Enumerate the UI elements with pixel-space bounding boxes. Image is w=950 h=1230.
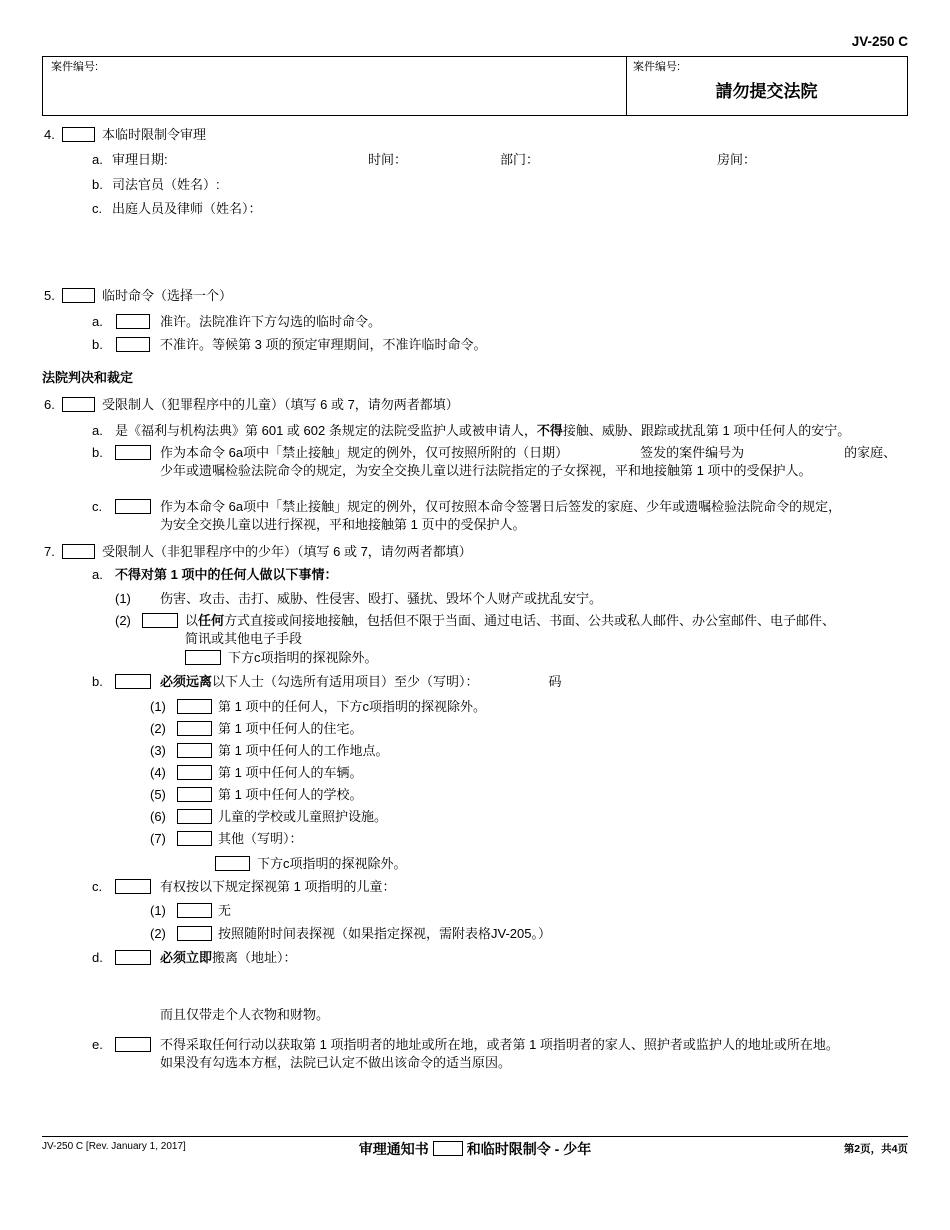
- item7a-letter: a.: [92, 567, 103, 583]
- item7a-title: 不得对第 1 项中的任何人做以下事情：: [115, 567, 337, 583]
- hearing-time-label: 时间：: [368, 152, 407, 168]
- item4a-letter: a.: [92, 152, 103, 168]
- case-number-box: 案件编号: 案件编号: 請勿提交法院: [42, 56, 908, 116]
- item7b-exception-checkbox[interactable]: [215, 856, 250, 871]
- item5a-text: 准许。法院准许下方勾选的临时命令。: [160, 314, 381, 330]
- item5-checkbox[interactable]: [62, 288, 95, 303]
- item7b2-checkbox[interactable]: [177, 721, 212, 736]
- item4b-letter: b.: [92, 177, 103, 193]
- item7b-exception-text: 下方c项指明的探视除外。: [257, 856, 407, 872]
- item7a2-number: (2): [115, 613, 131, 629]
- item6b-letter: b.: [92, 445, 103, 461]
- case-number-label-right: 案件编号:: [633, 61, 680, 74]
- item5-number: 5.: [44, 288, 55, 304]
- item7a2-bold: 任何: [198, 613, 224, 628]
- item6b-pre: 作为本命令 6a项中「禁止接触」规定的例外，仅可按照所附的（日期）: [160, 445, 568, 460]
- hearing-dept-label: 部门：: [500, 152, 539, 168]
- item6a-post: 接触、威胁、跟踪或扰乱第 1 项中任何人的安宁。: [563, 423, 850, 438]
- item7e-line1: 不得采取任何行动以获取第 1 项指明者的地址或所在地，或者第 1 项指明者的家人…: [160, 1037, 839, 1053]
- do-not-file-notice: 請勿提交法院: [626, 77, 907, 102]
- footer-rule: [42, 1136, 908, 1137]
- item7a2-post: 方式直接或间接地接触，包括但不限于当面、通过电话、书面、公共或私人邮件、办公室邮…: [224, 613, 835, 628]
- item7a2-exception-text: 下方c项指明的探视除外。: [228, 650, 378, 666]
- item6-checkbox[interactable]: [62, 397, 95, 412]
- item7b4-number: (4): [150, 765, 166, 781]
- footer-title-checkbox[interactable]: [433, 1141, 463, 1156]
- judgment-heading: 法院判决和裁定: [42, 370, 133, 386]
- item7a2-pre: 以: [185, 613, 198, 628]
- item7a2-line1: 以任何方式直接或间接地接触，包括但不限于当面、通过电话、书面、公共或私人邮件、办…: [185, 613, 835, 629]
- item7b4-text: 第 1 项中任何人的车辆。: [218, 765, 362, 781]
- item7a2-checkbox[interactable]: [142, 613, 178, 628]
- hearing-date-label: 审理日期:: [112, 152, 168, 168]
- item6a-text: 是《福利与机构法典》第 601 或 602 条规定的法院受监护人或被申请人，不得…: [115, 423, 850, 439]
- footer-title-post: 和临时限制令 - 少年: [467, 1141, 591, 1157]
- item7d-post: 搬离（地址）：: [212, 950, 297, 965]
- item7c2-number: (2): [150, 926, 166, 942]
- item7c1-checkbox[interactable]: [177, 903, 212, 918]
- hearing-room-label: 房间：: [717, 152, 756, 168]
- item6c-line1: 作为本命令 6a项中「禁止接触」规定的例外，仅可按照本命令签署日后签发的家庭、少…: [160, 499, 841, 515]
- form-page: JV-250 C 案件编号: 案件编号: 請勿提交法院 4. 本临时限制令审理 …: [0, 0, 950, 1230]
- form-number-text: JV-250 C: [708, 34, 908, 49]
- item7b6-checkbox[interactable]: [177, 809, 212, 824]
- item7c2-checkbox[interactable]: [177, 926, 212, 941]
- item5-title: 临时命令（选择一个）: [102, 288, 232, 304]
- item7a1-number: (1): [115, 591, 131, 607]
- item7b-bold: 必须远离: [160, 674, 212, 689]
- item7c1-text: 无: [218, 903, 231, 919]
- item7d-checkbox[interactable]: [115, 950, 151, 965]
- item7a2-line2: 简讯或其他电子手段: [185, 631, 302, 647]
- item6b-line1: 作为本命令 6a项中「禁止接触」规定的例外，仅可按照所附的（日期）签发的案件编号…: [160, 445, 896, 461]
- item7b3-text: 第 1 项中任何人的工作地点。: [218, 743, 388, 759]
- item7e-checkbox[interactable]: [115, 1037, 151, 1052]
- footer-title-pre: 审理通知书: [359, 1141, 429, 1157]
- persons-present-label: 出庭人员及律师（姓名）：: [112, 201, 262, 217]
- item5b-letter: b.: [92, 337, 103, 353]
- item7b-post: 以下人士（勾选所有适用项目）至少（写明）：: [212, 674, 479, 689]
- item6c-checkbox[interactable]: [115, 499, 151, 514]
- item4c-letter: c.: [92, 201, 102, 217]
- item6b-post: 的家庭、: [844, 445, 896, 460]
- item7b-checkbox[interactable]: [115, 674, 151, 689]
- item7b7-number: (7): [150, 831, 166, 847]
- item6c-line2: 为安全交换儿童以进行探视，平和地接触第 1 页中的受保护人。: [160, 517, 525, 533]
- item7c-letter: c.: [92, 879, 102, 895]
- judicial-officer-label: 司法官员（姓名）:: [112, 177, 220, 193]
- footer-page-number: 第2页，共4页: [708, 1141, 908, 1156]
- item7b2-text: 第 1 项中任何人的住宅。: [218, 721, 362, 737]
- item6a-letter: a.: [92, 423, 103, 439]
- item7b-letter: b.: [92, 674, 103, 690]
- item6-number: 6.: [44, 397, 55, 413]
- item5a-checkbox[interactable]: [116, 314, 150, 329]
- item7d-text: 必须立即搬离（地址）：: [160, 950, 297, 966]
- item7b1-number: (1): [150, 699, 166, 715]
- item7b5-checkbox[interactable]: [177, 787, 212, 802]
- item7c2-text: 按照随附时间表探视（如果指定探视，需附表格JV-205。）: [218, 926, 551, 942]
- item6b-checkbox[interactable]: [115, 445, 151, 460]
- item7-title: 受限制人（非犯罪程序中的少年）（填写 6 或 7，请勿两者都填）: [102, 544, 472, 560]
- case-number-label-left: 案件编号:: [51, 61, 98, 74]
- form-number: JV-250 C: [708, 34, 908, 49]
- item6c-letter: c.: [92, 499, 102, 515]
- item7-checkbox[interactable]: [62, 544, 95, 559]
- item7d-bold: 必须立即: [160, 950, 212, 965]
- item7b1-checkbox[interactable]: [177, 699, 212, 714]
- item7b6-text: 儿童的学校或儿童照护设施。: [218, 809, 387, 825]
- item6-title: 受限制人（犯罪程序中的儿童）（填写 6 或 7，请勿两者都填）: [102, 397, 459, 413]
- item7b4-checkbox[interactable]: [177, 765, 212, 780]
- item6a-bold: 不得: [537, 423, 563, 438]
- item7c-checkbox[interactable]: [115, 879, 151, 894]
- item4-number: 4.: [44, 127, 55, 143]
- item7b-text: 必须远离以下人士（勾选所有适用项目）至少（写明）：码: [160, 674, 562, 690]
- item5b-checkbox[interactable]: [116, 337, 150, 352]
- item7b3-number: (3): [150, 743, 166, 759]
- item7b5-text: 第 1 项中任何人的学校。: [218, 787, 362, 803]
- item6b-mid: 签发的案件编号为: [640, 445, 744, 460]
- item6b-line2: 少年或遗嘱检验法院命令的规定，为安全交换儿童以进行法院指定的子女探视，平和地接触…: [160, 463, 811, 479]
- item7b2-number: (2): [150, 721, 166, 737]
- item7b1-text: 第 1 项中的任何人，下方c项指明的探视除外。: [218, 699, 486, 715]
- item5a-letter: a.: [92, 314, 103, 330]
- item7b-unit: 码: [549, 674, 562, 689]
- item7a1-text: 伤害、攻击、击打、威胁、性侵害、殴打、骚扰、毁坏个人财产或扰乱安宁。: [160, 591, 602, 607]
- item7d-note: 而且仅带走个人衣物和财物。: [160, 1007, 329, 1023]
- item4-checkbox[interactable]: [62, 127, 95, 142]
- item7-number: 7.: [44, 544, 55, 560]
- item7b7-text: 其他（写明）：: [218, 831, 303, 847]
- item7c1-number: (1): [150, 903, 166, 919]
- item7b7-checkbox[interactable]: [177, 831, 212, 846]
- item7b6-number: (6): [150, 809, 166, 825]
- item4-title: 本临时限制令审理: [102, 127, 206, 143]
- item7e-letter: e.: [92, 1037, 103, 1053]
- item7d-letter: d.: [92, 950, 103, 966]
- item7a2-exception-checkbox[interactable]: [185, 650, 221, 665]
- item7b3-checkbox[interactable]: [177, 743, 212, 758]
- item7b5-number: (5): [150, 787, 166, 803]
- item7c-text: 有权按以下规定探视第 1 项指明的儿童：: [160, 879, 395, 895]
- item6a-pre: 是《福利与机构法典》第 601 或 602 条规定的法院受监护人或被申请人，: [115, 423, 537, 438]
- item5b-text: 不准许。等候第 3 项的预定审理期间，不准许临时命令。: [160, 337, 486, 353]
- item7e-line2: 如果没有勾选本方框，法院已认定不做出该命令的适当原因。: [160, 1055, 511, 1071]
